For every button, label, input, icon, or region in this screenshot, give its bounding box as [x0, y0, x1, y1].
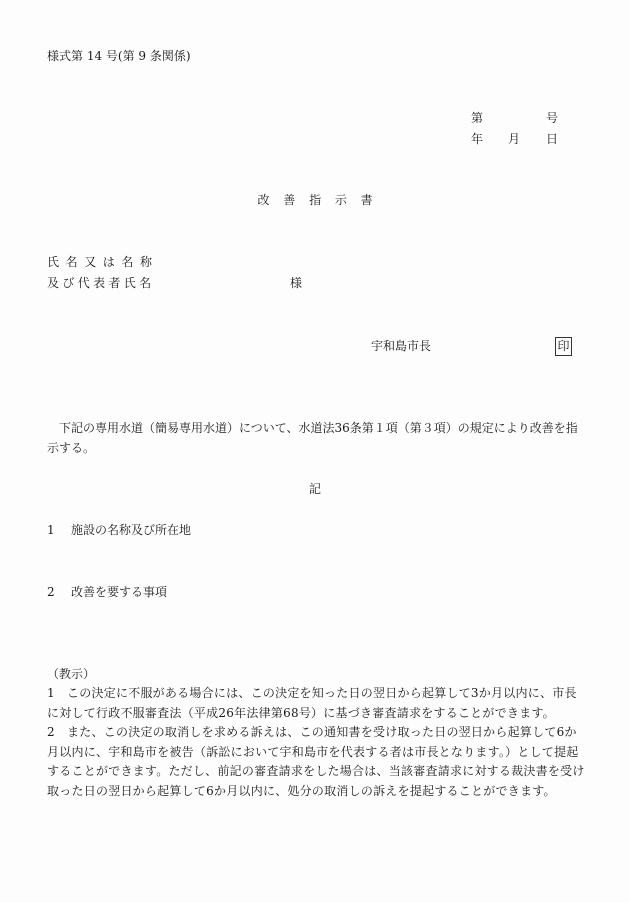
- body-paragraph: 下記の専用水道（簡易専用水道）について、水道法36条第１項（第３項）の規定により…: [47, 418, 587, 458]
- notice-paragraph-lawsuit: 2また、この決定の取消しを求める訴えは、この通知書を受け取った日の翌日から起算し…: [47, 723, 587, 801]
- form-number: 様式第 14 号(第 9 条関係): [47, 47, 191, 66]
- item-label: 施設の名称及び所在地: [71, 523, 191, 537]
- document-number-prefix: 第: [471, 109, 483, 128]
- item-improvement-matters: 2改善を要する事項: [47, 583, 167, 602]
- issuer-name: 宇和島市長: [371, 337, 431, 356]
- item-facility-name-location: 1施設の名称及び所在地: [47, 521, 191, 540]
- notice-heading: （教示）: [47, 665, 95, 684]
- notice-number: 2: [47, 723, 67, 743]
- addressee-representative-label: 及び代表者氏名: [47, 274, 155, 293]
- notice-paragraph-appeal: 1この決定に不服がある場合には、この決定を知った日の翌日から起算して3か月以内に…: [47, 684, 587, 723]
- item-number: 2: [47, 583, 71, 602]
- seal-stamp-icon: 印: [555, 337, 572, 356]
- ki-heading: 記: [0, 480, 630, 499]
- document-number-suffix: 号: [546, 109, 558, 128]
- date-year-label: 年: [471, 130, 483, 149]
- addressee-honorific: 様: [290, 274, 302, 293]
- notice-number: 1: [47, 684, 67, 704]
- addressee-name-label: 氏名又は名称: [47, 253, 159, 272]
- notice-text: また、この決定の取消しを求める訴えは、この通知書を受け取った日の翌日から起算して…: [47, 725, 585, 798]
- date-day-label: 日: [546, 130, 558, 149]
- item-number: 1: [47, 521, 71, 540]
- notice-text: この決定に不服がある場合には、この決定を知った日の翌日から起算して3か月以内に、…: [47, 686, 577, 720]
- item-label: 改善を要する事項: [71, 585, 167, 599]
- date-month-label: 月: [508, 130, 520, 149]
- document-title: 改善指示書: [0, 191, 630, 210]
